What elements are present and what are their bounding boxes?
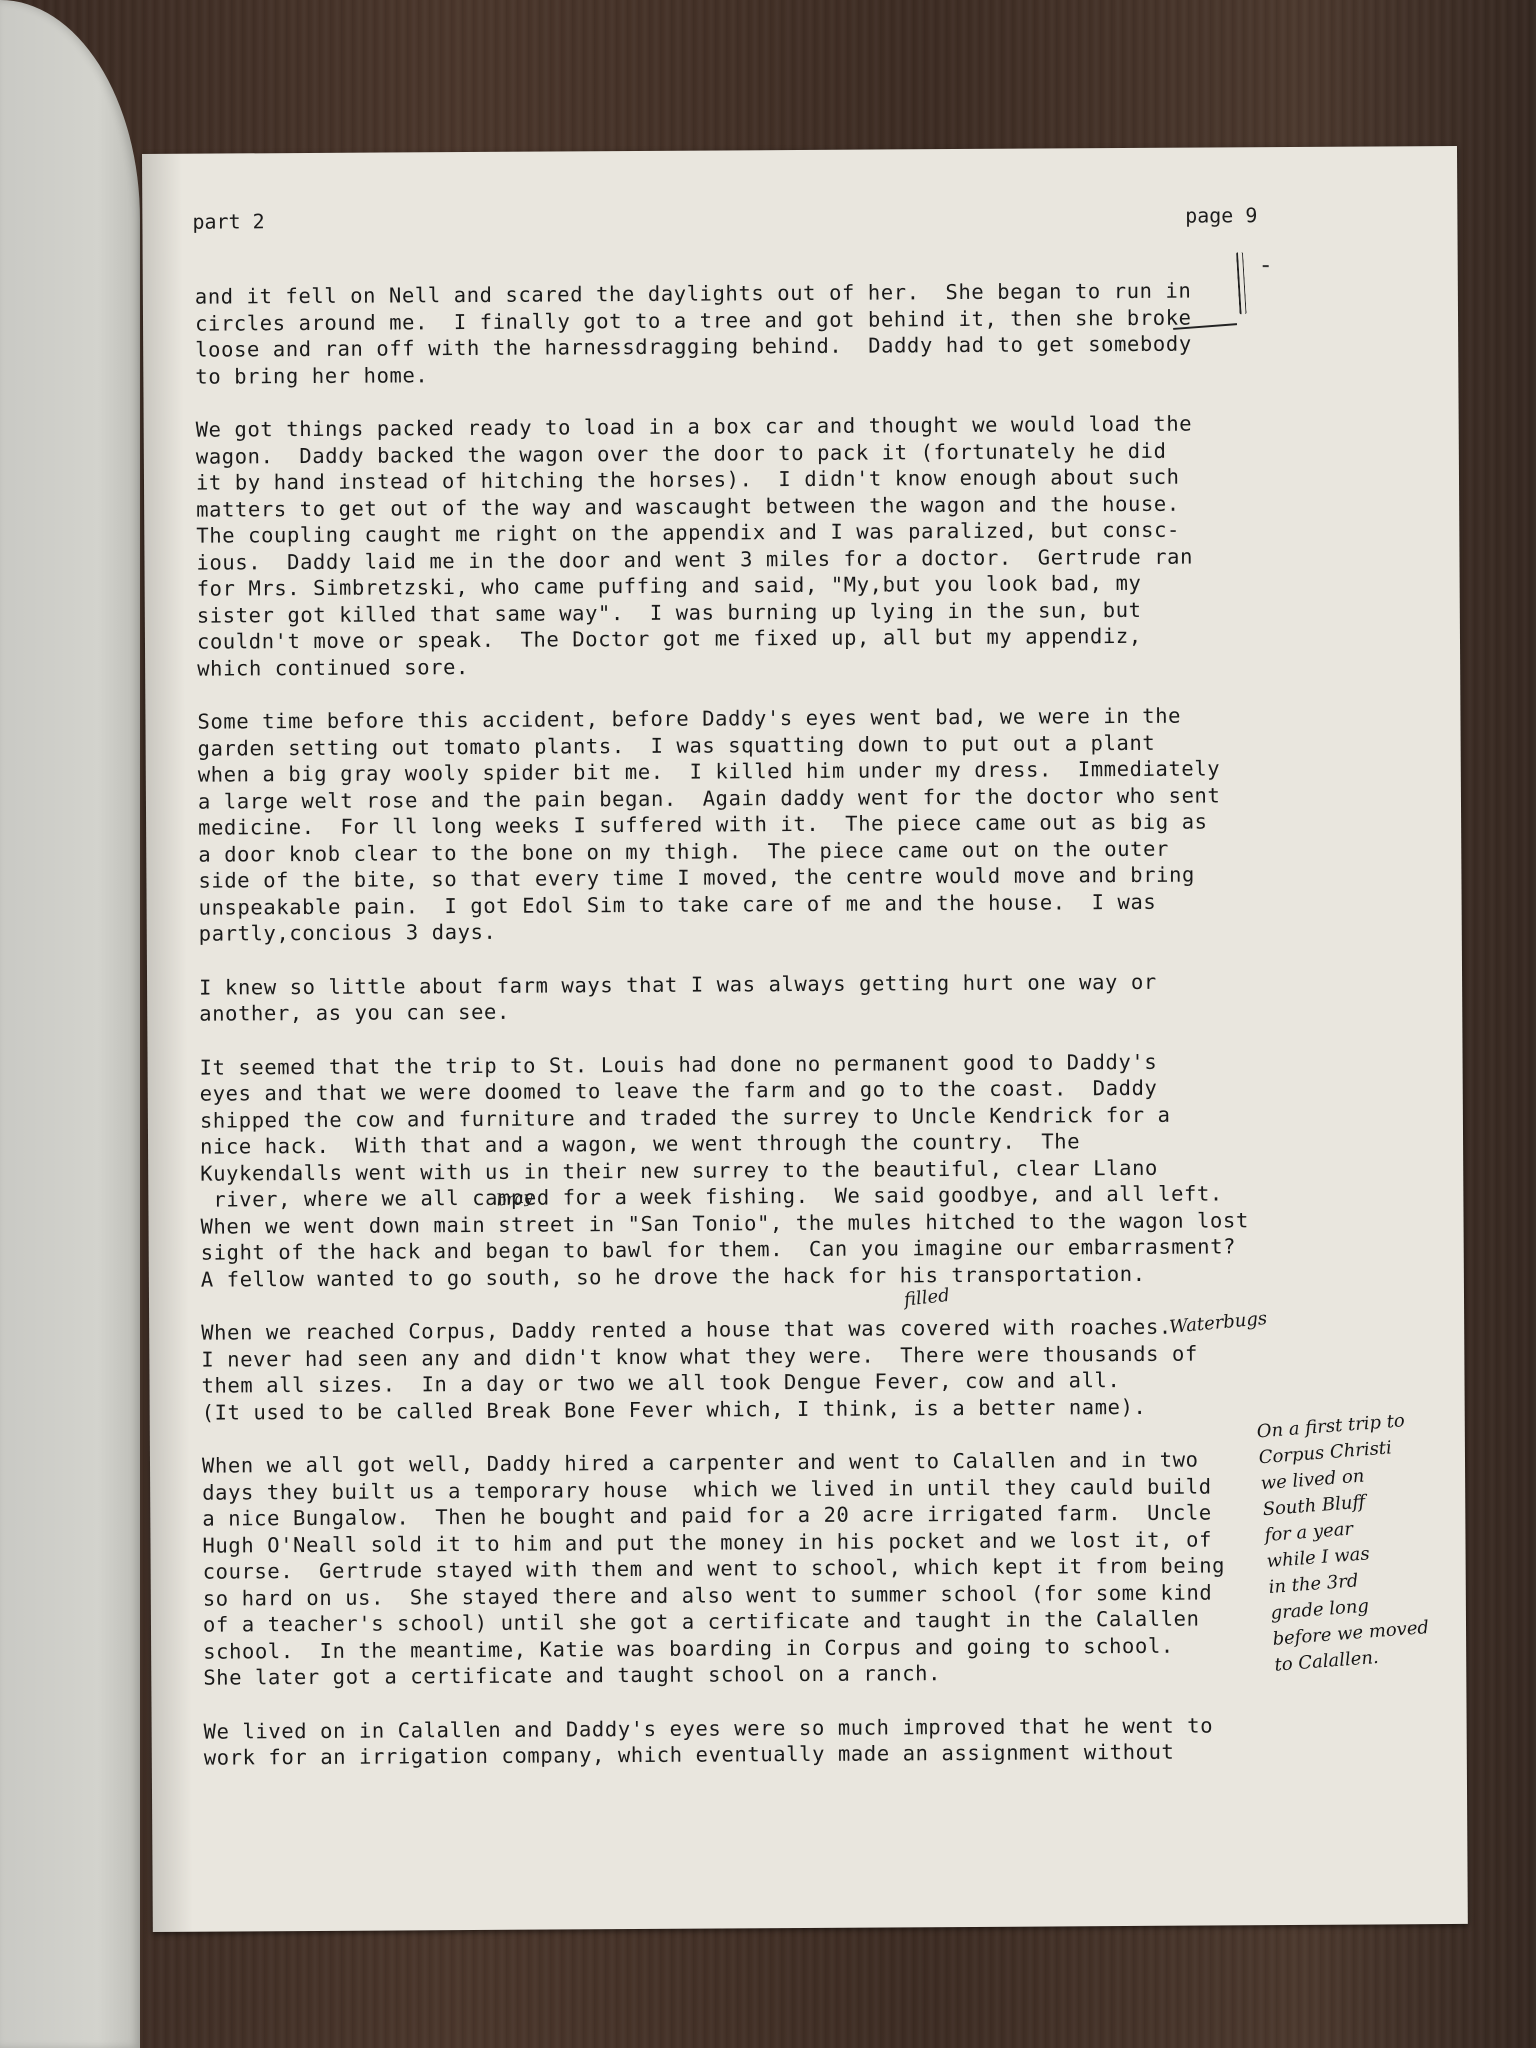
handwritten-margin-note: On a first trip toCorpus Christiwe lived…: [1256, 1404, 1475, 1678]
facing-left-page: [0, 0, 140, 2048]
margin-dash-mark: [1263, 265, 1269, 267]
text-line: another, as you can see.: [199, 994, 1339, 1027]
document-page: part 2 page 9 and it fell on Nell and sc…: [142, 146, 1468, 1932]
bleed-through-text: [8, 300, 128, 1800]
paragraph: We lived on in Calallen and Daddy's eyes…: [204, 1711, 1344, 1771]
page-number: page 9: [1185, 203, 1257, 227]
paragraph: When we all got well, Daddy hired a carp…: [202, 1446, 1343, 1691]
paragraph: It seemed that the trip to St. Louis had…: [199, 1047, 1340, 1292]
page-header: part 2 page 9: [192, 203, 1257, 210]
body-text: and it fell on Nell and scared the dayli…: [195, 277, 1344, 1798]
text-line: partly,concious 3 days.: [199, 914, 1339, 947]
text-line: work for an irrigation company, which ev…: [204, 1738, 1344, 1771]
text-line: She later got a certificate and taught s…: [203, 1658, 1343, 1691]
paragraph: and it fell on Nell and scared the dayli…: [195, 277, 1336, 390]
section-label: part 2: [192, 209, 264, 233]
paragraph: I knew so little about farm ways that I …: [199, 967, 1339, 1027]
paragraph: Some time before this accident, before D…: [197, 702, 1338, 947]
handwritten-correction-bray: bray: [495, 1187, 533, 1210]
paragraph: We got things packed ready to load in a …: [196, 410, 1338, 682]
